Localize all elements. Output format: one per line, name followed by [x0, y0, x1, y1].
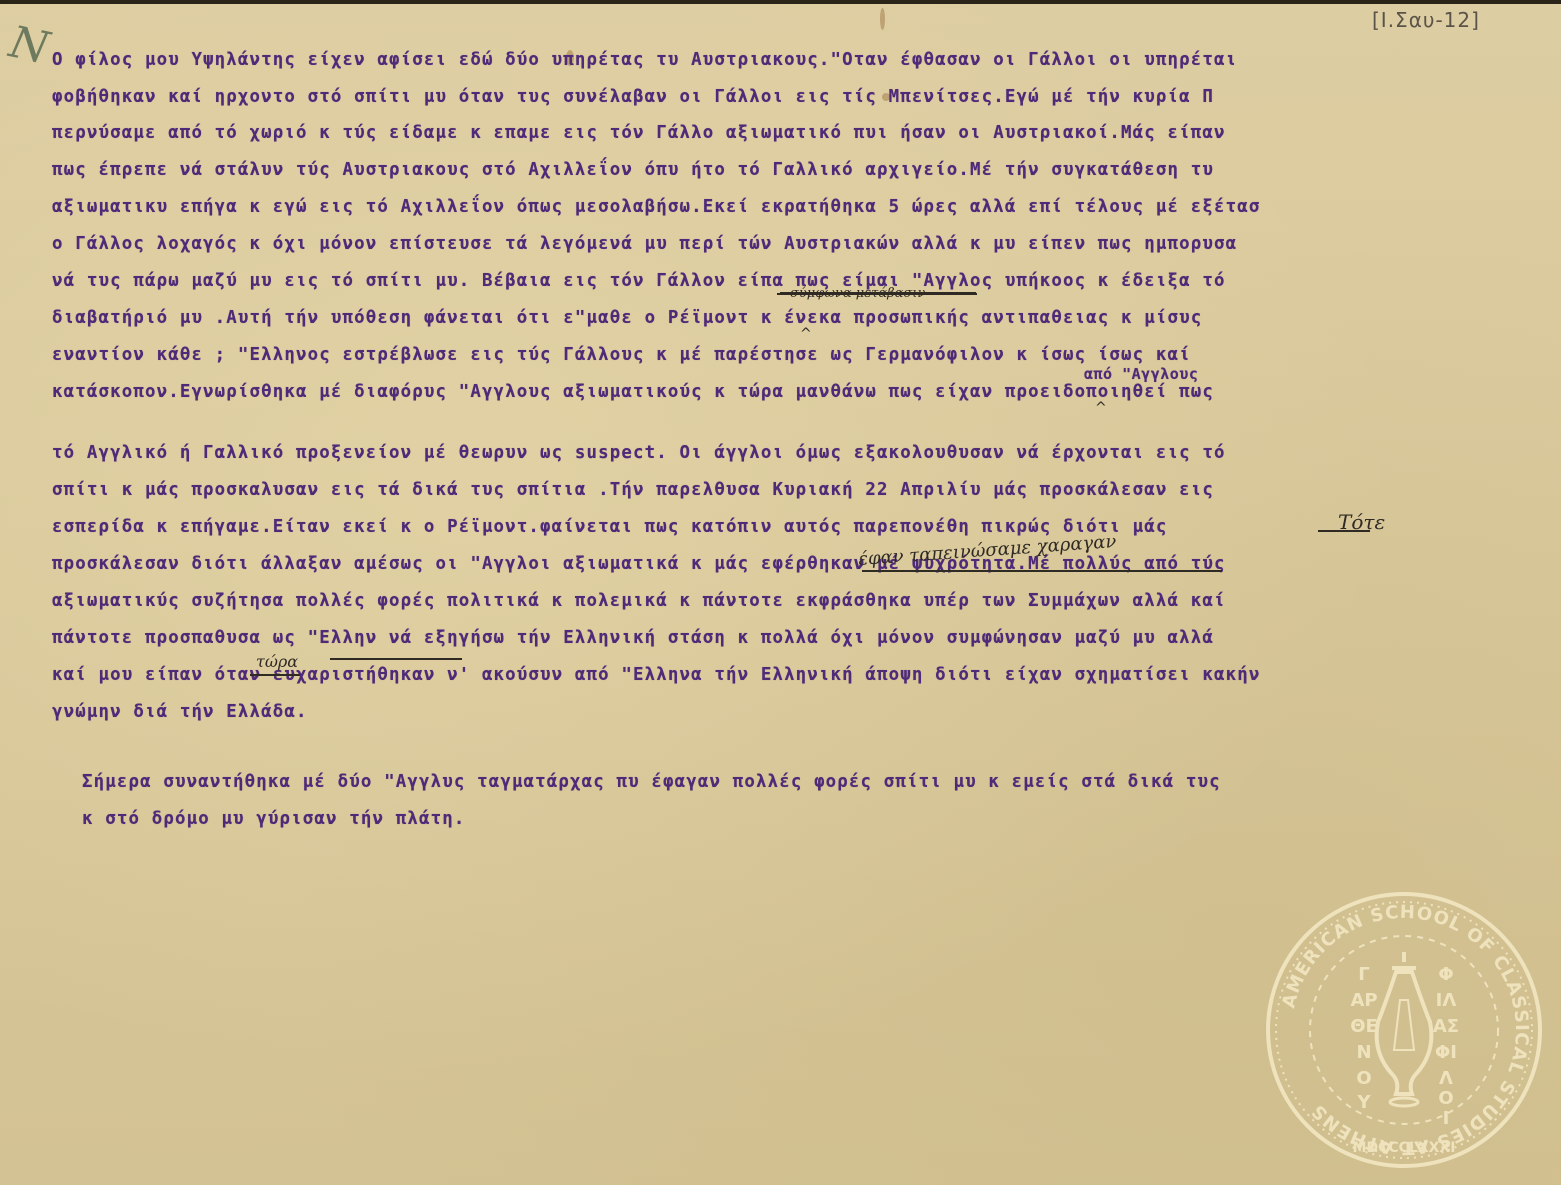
svg-text:ΘΕ: ΘΕ — [1350, 1016, 1378, 1037]
document-page: N [Ι.Σαυ-12] Ο φίλος μου Υψηλάντης είχεν… — [0, 0, 1561, 1185]
svg-text:ΦΙ: ΦΙ — [1435, 1042, 1457, 1063]
text-line: διαβατήριό μυ .Αυτή τήν υπόθεση φάνεται … — [52, 308, 1202, 328]
handwritten-underline — [330, 658, 462, 660]
svg-text:MDCCCLXXXI: MDCCCLXXXI — [1353, 1140, 1456, 1156]
text-line: νά τυς πάρω μαζύ μυ εις τό σπίτι μυ. Βέβ… — [52, 271, 1226, 291]
svg-text:Ι: Ι — [1443, 1108, 1450, 1129]
insert-caret: ^ — [800, 326, 812, 342]
text-line: πάντοτε προσπαθυσα ως "Ελλην νά εξηγήσω … — [52, 628, 1214, 648]
text-line: πως έπρεπε νά στάλυν τύς Αυστριακους στό… — [52, 160, 1214, 180]
text-line: περνύσαμε από τό χωριό κ τύς είδαμε κ επ… — [52, 123, 1226, 143]
text-line: αξιωματικύς συζήτησα πολλές φορές πολιτι… — [52, 591, 1226, 611]
text-line: αξιωματικυ επήγα κ εγώ εις τό Αχιλλεΐον … — [52, 197, 1260, 217]
svg-text:Ο: Ο — [1438, 1088, 1453, 1109]
svg-text:ΑΣ: ΑΣ — [1433, 1016, 1459, 1037]
text-line: κατάσκοπον.Εγνωρίσθηκα μέ διαφόρυς "Αγγλ… — [52, 382, 1214, 402]
closing-line: κ στό δρόμο μυ γύρισαν τήν πλάτη. — [82, 809, 465, 829]
seal-emblem-icon: AMERICAN SCHOOL OF CLASSICAL STUDIES AT … — [1264, 890, 1544, 1170]
handwritten-note: σύμφωνα μετάβασιν — [790, 286, 925, 301]
margin-mark: N — [5, 17, 53, 75]
strike-through — [1318, 530, 1370, 532]
svg-text:AMERICAN SCHOOL OF CLASSICAL S: AMERICAN SCHOOL OF CLASSICAL STUDIES AT … — [1278, 902, 1532, 1158]
svg-text:Ν: Ν — [1356, 1042, 1371, 1063]
text-line: γνώμην διά τήν Ελλάδα. — [52, 702, 308, 722]
text-line: Ο φίλος μου Υψηλάντης είχεν αφίσει εδώ δ… — [52, 50, 1237, 70]
scan-edge — [0, 0, 1561, 4]
svg-text:Υ: Υ — [1356, 1092, 1371, 1113]
svg-text:Φ: Φ — [1438, 964, 1453, 985]
text-line: τό Αγγλικό ή Γαλλικό προξενείον μέ θεωρυ… — [52, 443, 1226, 463]
text-line: ο Γάλλος λοχαγός κ όχι μόνον επίστευσε τ… — [52, 234, 1237, 254]
svg-text:Γ: Γ — [1358, 964, 1369, 985]
strike-through — [780, 292, 976, 294]
text-line: εναντίον κάθε ; "Ελληνος εστρέβλωσε εις … — [52, 345, 1191, 365]
svg-text:ΑΡ: ΑΡ — [1350, 990, 1377, 1011]
strike-through — [862, 570, 1222, 572]
handwritten-note: τώρα — [256, 652, 298, 671]
archive-reference: [Ι.Σαυ-12] — [1372, 8, 1480, 32]
closing-line: Σήμερα συναντήθηκα μέ δύο "Αγγλυς ταγματ… — [82, 772, 1221, 792]
strike-through — [250, 674, 300, 676]
text-line: καί μου είπαν όταν ευχαριστήθηκαν ν' ακο… — [52, 665, 1260, 685]
text-line: φοβήθηκαν καί ηρχοντο στό σπίτι μυ όταν … — [52, 87, 1214, 107]
insert-caret: ^ — [1095, 400, 1107, 416]
inserted-text: από "Αγγλους — [1084, 365, 1198, 383]
ink-stain — [880, 8, 885, 30]
svg-text:ΙΛ: ΙΛ — [1436, 990, 1457, 1011]
text-line: εσπερίδα κ επήγαμε.Είταν εκεί κ ο Ρέϊμον… — [52, 517, 1168, 537]
svg-text:Λ: Λ — [1439, 1068, 1453, 1089]
text-line: σπίτι κ μάς προσκαλυσαν εις τά δικά τυς … — [52, 480, 1214, 500]
embossed-seal: AMERICAN SCHOOL OF CLASSICAL STUDIES AT … — [1264, 890, 1544, 1170]
svg-text:Ο: Ο — [1356, 1068, 1371, 1089]
